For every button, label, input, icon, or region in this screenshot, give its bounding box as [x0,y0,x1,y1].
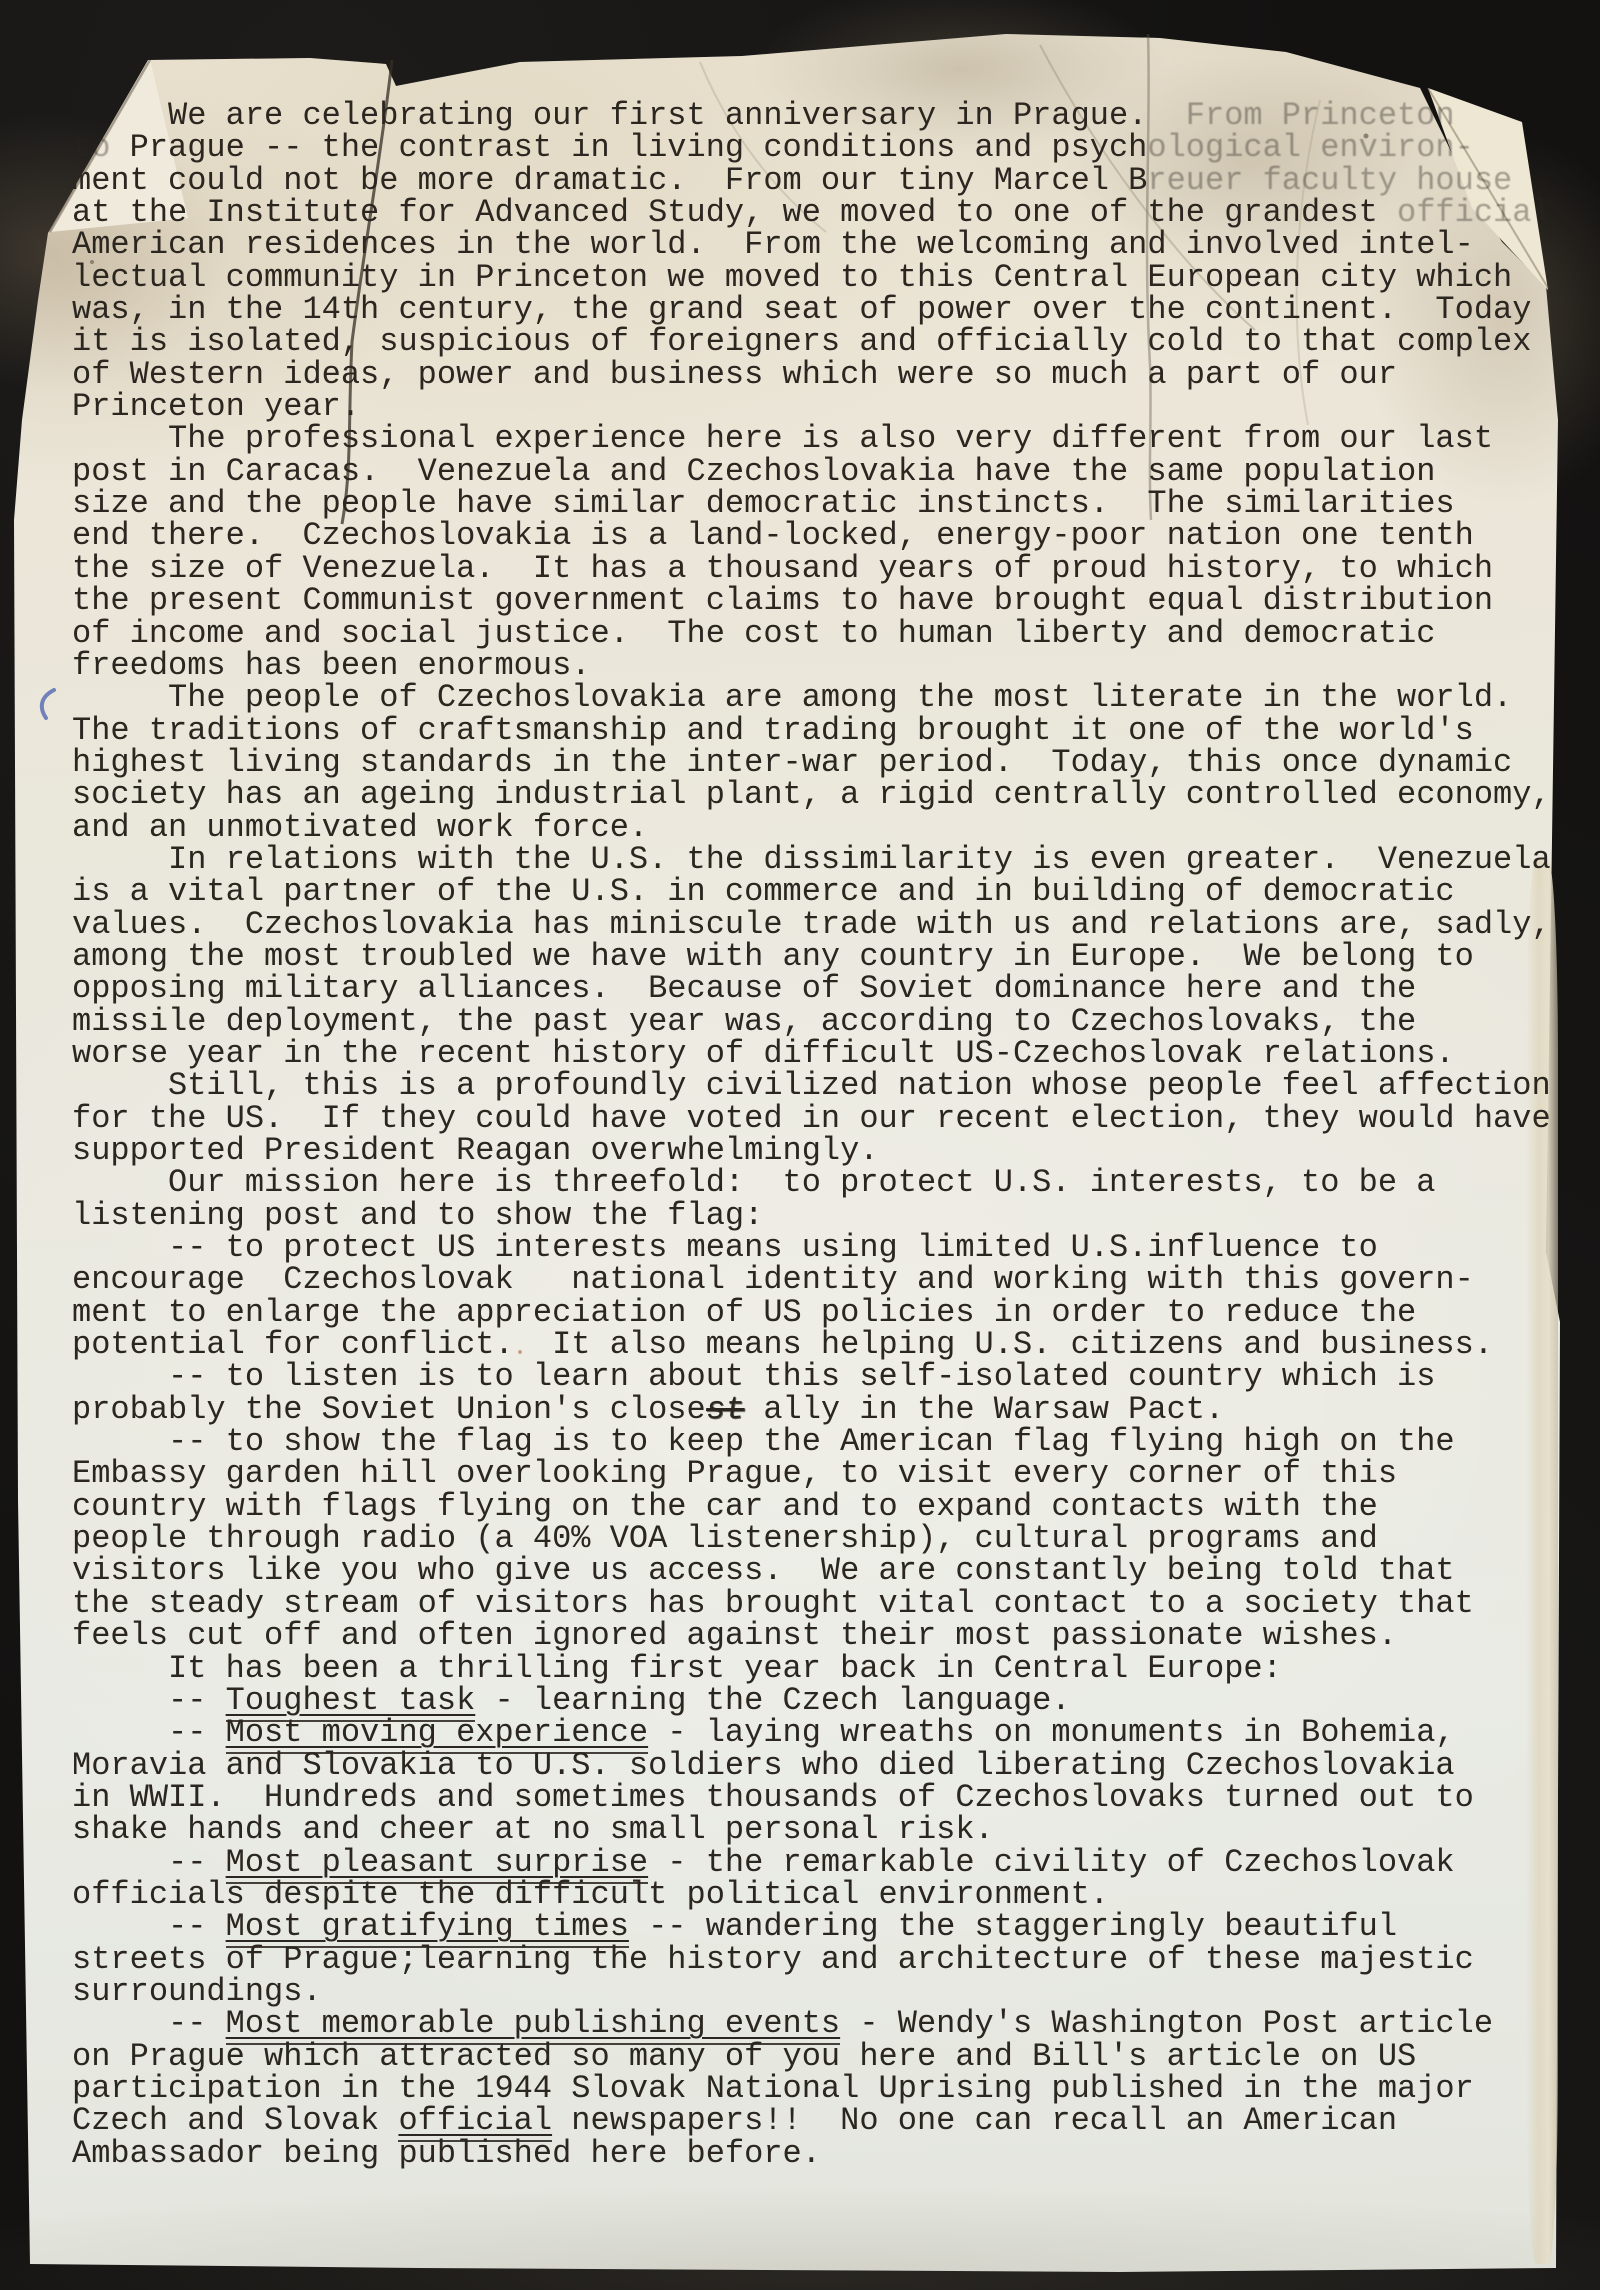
text-line: -- Most gratifying times -- wandering th… [72,1911,1562,1943]
text-line: was, in the 14th century, the grand seat… [72,294,1562,326]
text-line: probably the Soviet Union's closest ally… [72,1394,1562,1426]
text-line: listening post and to show the flag: [72,1200,1562,1232]
text-line: Ambassador being published here before. [72,2138,1562,2170]
faded-text: official [1397,194,1551,231]
struck-text: st [703,1394,746,1426]
text-line: The professional experience here is also… [72,423,1562,455]
typewritten-text: We are celebrating our first anniversary… [72,100,1562,2170]
text-line: the size of Venezuela. It has a thousand… [72,553,1562,585]
text-line: -- Toughest task - learning the Czech la… [72,1685,1562,1717]
scanned-document: { "style": { "background": "#131211", "p… [0,0,1600,2290]
text-line: post in Caracas. Venezuela and Czechoslo… [72,456,1562,488]
text-line: -- to show the flag is to keep the Ameri… [72,1426,1562,1458]
text-line: and an unmotivated work force. [72,812,1562,844]
text-line: of Western ideas, power and business whi… [72,359,1562,391]
text-line: The traditions of craftsmanship and trad… [72,715,1562,747]
text-line: potential for conflict. It also means he… [72,1329,1562,1361]
text-line: -- to protect US interests means using l… [72,1232,1562,1264]
text-line: supported President Reagan overwhelmingl… [72,1135,1562,1167]
text-line: -- Most pleasant surprise - the remarkab… [72,1847,1562,1879]
text-line: In relations with the U.S. the dissimila… [72,844,1562,876]
text-line: size and the people have similar democra… [72,488,1562,520]
text-line: to Prague -- the contrast in living cond… [72,132,1562,164]
text-line: Princeton year. [72,391,1562,423]
text-line: ment could not be more dramatic. From ou… [72,165,1562,197]
text-line: feels cut off and often ignored against … [72,1620,1562,1652]
text-line: the steady stream of visitors has brough… [72,1588,1562,1620]
text-line: the present Communist government claims … [72,585,1562,617]
text-line: Our mission here is threefold: to protec… [72,1167,1562,1199]
text-line: at the Institute for Advanced Study, we … [72,197,1562,229]
text-line: on Prague which attracted so many of you… [72,2041,1562,2073]
text-line: -- Most memorable publishing events - We… [72,2008,1562,2040]
text-line: it is isolated, suspicious of foreigners… [72,326,1562,358]
text-line: society has an ageing industrial plant, … [72,779,1562,811]
text-line: shake hands and cheer at no small person… [72,1814,1562,1846]
text-line: worse year in the recent history of diff… [72,1038,1562,1070]
text-line: values. Czechoslovakia has miniscule tra… [72,909,1562,941]
text-line: freedoms has been enormous. [72,650,1562,682]
text-line: for the US. If they could have voted in … [72,1103,1562,1135]
text-line: It has been a thrilling first year back … [72,1653,1562,1685]
text-segment: Ambassador being published here before. [72,2135,821,2172]
text-line: lectual community in Princeton we moved … [72,262,1562,294]
text-line: people through radio (a 40% VOA listener… [72,1523,1562,1555]
text-line: We are celebrating our first anniversary… [72,100,1562,132]
text-line: in WWII. Hundreds and sometimes thousand… [72,1782,1562,1814]
text-line: of income and social justice. The cost t… [72,618,1562,650]
text-line: Moravia and Slovakia to U.S. soldiers wh… [72,1750,1562,1782]
text-line: American residences in the world. From t… [72,229,1562,261]
text-line: participation in the 1944 Slovak Nationa… [72,2073,1562,2105]
text-line: Czech and Slovak official newspapers!! N… [72,2105,1562,2137]
text-line: streets of Prague;learning the history a… [72,1944,1562,1976]
text-line: -- Most moving experience - laying wreat… [72,1717,1562,1749]
text-line: ment to enlarge the appreciation of US p… [72,1297,1562,1329]
text-line: end there. Czechoslovakia is a land-lock… [72,520,1562,552]
text-line: -- to listen is to learn about this self… [72,1361,1562,1393]
text-line: country with flags flying on the car and… [72,1491,1562,1523]
text-line: Still, this is a profoundly civilized na… [72,1070,1562,1102]
text-line: opposing military alliances. Because of … [72,973,1562,1005]
text-line: officials despite the difficult politica… [72,1879,1562,1911]
text-line: surroundings. [72,1976,1562,2008]
text-line: Embassy garden hill overlooking Prague, … [72,1458,1562,1490]
faded-text: ological environ- [1147,129,1473,166]
text-line: missile deployment, the past year was, a… [72,1006,1562,1038]
text-line: highest living standards in the inter-wa… [72,747,1562,779]
faded-text: to [72,129,130,166]
text-line: among the most troubled we have with any… [72,941,1562,973]
text-line: is a vital partner of the U.S. in commer… [72,876,1562,908]
text-line: The people of Czechoslovakia are among t… [72,682,1562,714]
text-line: visitors like you who give us access. We… [72,1555,1562,1587]
text-line: encourage Czechoslovak national identity… [72,1264,1562,1296]
